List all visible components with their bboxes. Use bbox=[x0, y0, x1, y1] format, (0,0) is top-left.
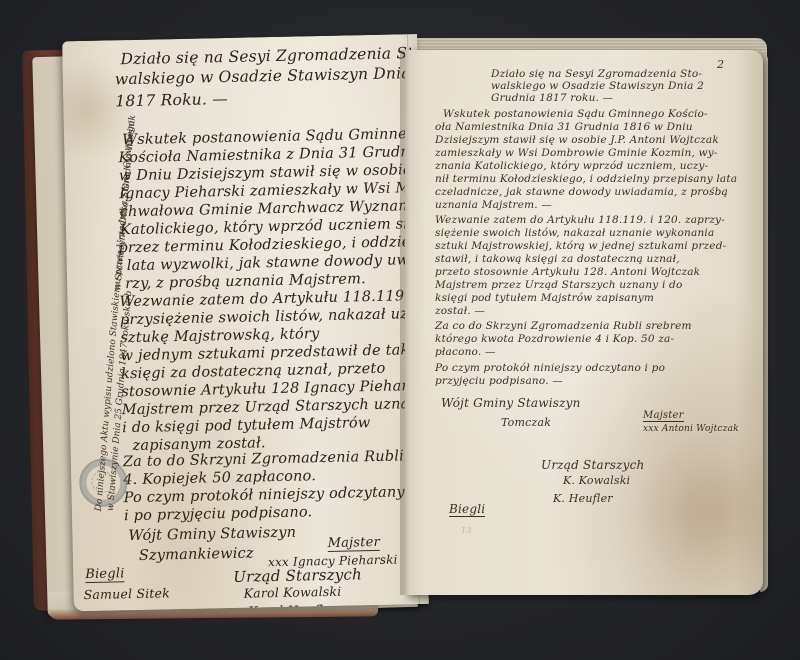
left-heading-line-3: 1817 Roku. — bbox=[115, 90, 228, 110]
elder-signature: K. Kowalski bbox=[563, 474, 630, 487]
right-body-line: zamieszkały w Wsi Dombrowie Gminie Kozmi… bbox=[435, 147, 718, 159]
right-body-line: siężenie swoich listów, nakazał uznanie … bbox=[435, 227, 714, 239]
right-body-line: Wezwanie zatem do Artykułu 118.119. i 12… bbox=[435, 214, 725, 226]
right-page: 2 Działo się na Sesyi Zgromadzenia Sto- … bbox=[405, 50, 763, 595]
office-signature: Szymankiewicz bbox=[139, 546, 254, 564]
book-gutter bbox=[400, 50, 410, 595]
left-page: Działo się na Sesyi Zgromadzenia Sto- wa… bbox=[62, 34, 429, 611]
right-heading-line-2: walskiego w Osadzie Stawiszyn Dnia 2 bbox=[491, 80, 704, 92]
right-heading-line-3: Grudnia 1817 roku. — bbox=[491, 92, 613, 104]
right-body-line: został. — bbox=[435, 305, 485, 317]
master-label: Majster bbox=[643, 410, 684, 422]
right-body-line: nił terminu Kołodzieskiego, i oddzielny … bbox=[435, 173, 737, 185]
right-body-line: przeto stosownie Artykułu 128. Antoni Wo… bbox=[435, 266, 700, 278]
right-body-line: stawił, i takową księgi za dostateczną u… bbox=[435, 253, 680, 265]
elders-label: Urząd Starszych bbox=[541, 458, 644, 472]
left-body-line: sztukę Majstrowską, który bbox=[120, 326, 319, 346]
witnesses-label: Biegli bbox=[449, 502, 485, 517]
right-body-line: Majstrem przez Urząd Starszych uznany i … bbox=[435, 279, 683, 291]
elder-signature: Karol Kowalski bbox=[244, 584, 342, 601]
right-heading-line-1: Działo się na Sesyi Zgromadzenia Sto- bbox=[491, 68, 702, 80]
right-body-line: Po czym protokół niniejszy odczytano i p… bbox=[435, 362, 665, 374]
master-label: Majster bbox=[327, 535, 380, 552]
office-signature: Tomczak bbox=[501, 416, 551, 429]
right-body-line: przyjęciu podpisano. — bbox=[435, 375, 563, 387]
right-body-line: Dzisiejszym stawił się w osobie J.P. Ant… bbox=[435, 134, 719, 146]
right-body-line: Wskutek postanowienia Sądu Gminnego Kośc… bbox=[443, 108, 708, 120]
foxing-stain bbox=[635, 430, 763, 590]
master-signature: xxx Antoni Wojtczak bbox=[643, 424, 739, 434]
elder-signature: K. Heufler bbox=[553, 492, 613, 505]
office-label: Wójt Gminy Stawiszyn bbox=[128, 525, 296, 545]
elders-label: Urząd Starszych bbox=[233, 565, 362, 586]
witnesses-label: Biegli bbox=[85, 566, 125, 583]
right-body-line: znania Katolickiego, który wprzód ucznie… bbox=[435, 160, 708, 172]
page-number: 2 bbox=[717, 58, 724, 71]
right-body-line: którego kwota Pozdrowienie 4 i Kop. 50 z… bbox=[435, 333, 674, 345]
stray-mark: 13 bbox=[461, 526, 472, 535]
office-label: Wójt Gminy Stawiszyn bbox=[441, 396, 581, 410]
right-body-line: księgi pod tytułem Majstrów zapisanym bbox=[435, 292, 654, 304]
right-body-line: sztuki Majstrowskiej, którą w jednej szt… bbox=[435, 240, 726, 252]
left-body-line: i po przyjęciu podpisano. bbox=[124, 504, 313, 524]
right-body-line: oła Namiestnika Dnia 31 Grudnia 1816 w D… bbox=[435, 121, 693, 133]
right-body-line: uznania Majstrem. — bbox=[435, 199, 552, 211]
right-body-line: czeladnicze, jak stawne dowody uwiadamia… bbox=[435, 186, 728, 198]
witness-signature: Samuel Sitek bbox=[84, 585, 171, 602]
right-body-line: płacono. — bbox=[435, 346, 496, 358]
left-body-line: Po czym protokół niniejszy odczytany bbox=[123, 484, 405, 506]
right-body-line: Za co do Skrzyni Zgromadzenia Rubli sreb… bbox=[435, 320, 692, 332]
left-body-line: 4. Kopiejek 50 zapłacono. bbox=[123, 468, 316, 488]
left-body-line: i do księgi pod tytułem Majstrów bbox=[122, 415, 371, 436]
